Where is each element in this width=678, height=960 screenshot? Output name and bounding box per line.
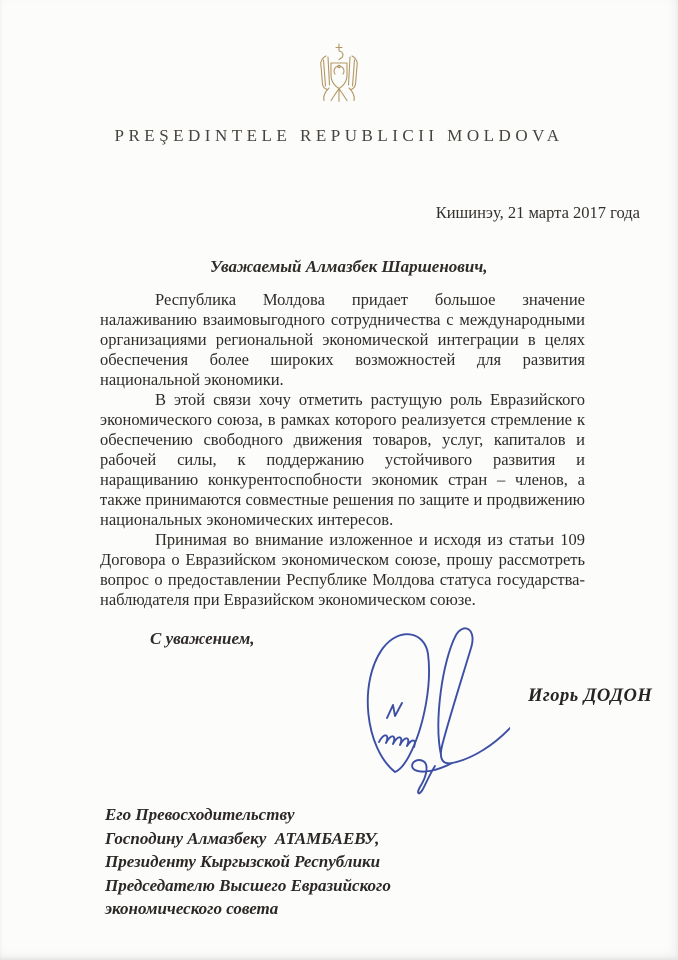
addressee-line: экономического совета (105, 897, 391, 921)
paragraph-1: Республика Молдова придает большое значе… (100, 290, 585, 390)
addressee-block: Его Превосходительству Господину Алмазбе… (105, 803, 391, 921)
paragraph-2: В этой связи хочу отметить растущую роль… (100, 390, 585, 530)
letterhead: PREŞEDINTELE REPUBLICII MOLDOVA (0, 0, 678, 146)
paragraph-3: Принимая во внимание изложенное и исходя… (100, 530, 585, 610)
addressee-line: Его Превосходительству (105, 803, 391, 827)
handwritten-signature (345, 622, 510, 797)
addressee-line: Президенту Кыргызской Республики (105, 850, 391, 874)
letterhead-title: PREŞEDINTELE REPUBLICII MOLDOVA (0, 126, 678, 146)
addressee-line: Председателю Высшего Евразийского (105, 874, 391, 898)
addressee-line: Господину Алмазбеку АТАМБАЕВУ, (105, 827, 391, 851)
letter-page: PREŞEDINTELE REPUBLICII MOLDOVA Кишинэу,… (0, 0, 678, 960)
letter-body: Уважаемый Алмазбек Шаршенович, Республик… (0, 257, 678, 649)
moldova-coat-of-arms-icon (313, 43, 365, 105)
signer-name: Игорь ДОДОН (528, 686, 652, 707)
paragraphs: Республика Молдова придает большое значе… (100, 290, 585, 610)
salutation: Уважаемый Алмазбек Шаршенович, (100, 257, 585, 277)
dateline: Кишинэу, 21 марта 2017 года (0, 203, 678, 223)
